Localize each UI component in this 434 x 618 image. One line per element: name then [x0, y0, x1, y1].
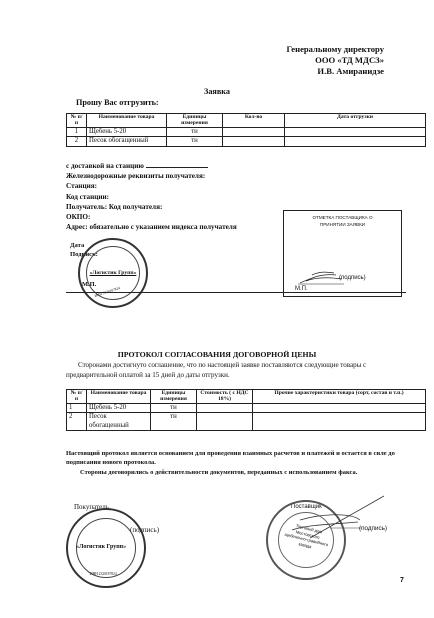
cell-number: 2 [67, 137, 87, 147]
col-characteristics: Прочие характеристики товара (сорт, сост… [253, 390, 426, 404]
cell-number: 2 [67, 413, 87, 431]
okpo-label: ОКПО: [66, 212, 237, 222]
protocol-basis-block: Настоящий протокол является основанием д… [66, 449, 426, 477]
addressee-name: И.В. Амиранидзе [286, 66, 384, 77]
col-price: Стоимость ( с НДС 18%) [197, 390, 253, 404]
supplier-signature-scribble-icon [280, 494, 390, 544]
addressee-block: Генеральному директору ООО «ТД МДСЗ» И.В… [286, 44, 384, 77]
cell-product: Щебень 5-20 [87, 403, 151, 413]
supplier-box-signature: (подпись) [339, 275, 366, 281]
station-code-label: Код станции: [66, 192, 237, 202]
cell-characteristics[interactable] [253, 403, 426, 413]
cell-ship-date[interactable] [285, 137, 426, 147]
request-table: № п/п Наименование товара Единицы измере… [66, 113, 426, 147]
request-title: Заявка [0, 87, 434, 96]
delivery-label: с доставкой на станцию [66, 162, 144, 170]
buyer-stamp-icon: «Логистик Групп» ИНН 2320187824 [78, 238, 148, 308]
cell-unit: тн [167, 137, 223, 147]
stamp-company: «Логистик Групп» [82, 270, 144, 276]
col-ship-date: Дата отгрузки [285, 114, 426, 128]
fax-text: Стороны договорились о действительности … [66, 468, 426, 477]
buyer-bottom-stamp-icon: «Логистик Групп» ИНН 2320187824 [66, 508, 146, 588]
col-unit: Единицы измерения [167, 114, 223, 128]
signature-scribble-icon [298, 269, 344, 285]
page-number: 7 [400, 577, 404, 584]
table-row: 2 Песок обогащенный тн [67, 413, 426, 431]
stamp-company: «Логистик Групп» [76, 544, 138, 550]
col-quantity: Кол-во [223, 114, 285, 128]
station-label: Станция: [66, 181, 237, 191]
basis-text: Настоящий протокол является основанием д… [66, 449, 426, 468]
delivery-station-blank[interactable] [146, 161, 208, 168]
request-prompt: Прошу Вас отгрузить: [76, 98, 159, 107]
table-row: 2 Песок обогащенный тн [67, 137, 426, 147]
col-number: № п/п [67, 114, 87, 128]
cell-number: 1 [67, 403, 87, 413]
cell-unit: тн [151, 403, 197, 413]
table-header-row: № п/п Наименование товара Единицы измере… [67, 114, 426, 128]
protocol-table: № п/п Наименование товара Единицы измере… [66, 389, 426, 431]
cell-ship-date[interactable] [285, 127, 426, 137]
table-row: 1 Щебень 5-20 тн [67, 127, 426, 137]
addressee-title: Генеральному директору [286, 44, 384, 55]
cell-unit: тн [167, 127, 223, 137]
cell-quantity[interactable] [223, 127, 285, 137]
table-header-row: № п/п Наименование товара Единицы измере… [67, 390, 426, 404]
cell-number: 1 [67, 127, 87, 137]
addressee-company: ООО «ТД МДСЗ» [286, 55, 384, 66]
col-unit: Единицы измерения [151, 390, 197, 404]
rail-header: Железнодорожные реквизиты получателя: [66, 171, 237, 181]
table-row: 1 Щебень 5-20 тн [67, 403, 426, 413]
supplier-signature: (подпись) [359, 525, 387, 532]
protocol-title: ПРОТОКОЛ СОГЛАСОВАНИЯ ДОГОВОРНОЙ ЦЕНЫ [0, 350, 434, 359]
col-product: Наименование товара [87, 114, 167, 128]
delivery-line: с доставкой на станцию [66, 161, 237, 171]
cell-characteristics[interactable] [253, 413, 426, 431]
cell-product: Щебень 5-20 [87, 127, 167, 137]
col-product: Наименование товара [87, 390, 151, 404]
requisites-block: с доставкой на станцию Железнодорожные р… [66, 161, 237, 232]
label-line-2: ПРИНЯТИИ ЗАЯВКИ [284, 222, 401, 229]
cell-unit: тн [151, 413, 197, 431]
stamp-inn: ИНН 2320187824 [90, 572, 117, 576]
address-label: Адрес: обязательно с указанием индекса п… [66, 222, 237, 232]
cell-product: Песок обогащенный [87, 413, 151, 431]
cell-product: Песок обогащенный [87, 137, 167, 147]
supplier-acceptance-box: ОТМЕТКА ПОСТАВЩИКА О ПРИНЯТИИ ЗАЯВКИ (по… [283, 210, 402, 297]
cell-quantity[interactable] [223, 137, 285, 147]
col-number: № п/п [67, 390, 87, 404]
signature-separator-line [66, 292, 406, 293]
cell-price[interactable] [197, 403, 253, 413]
supplier-acceptance-label: ОТМЕТКА ПОСТАВЩИКА О ПРИНЯТИИ ЗАЯВКИ [284, 215, 401, 228]
protocol-text: Сторонами достигнуто соглашение, что по … [66, 360, 416, 380]
recipient-label: Получатель: Код получателя: [66, 202, 237, 212]
cell-price[interactable] [197, 413, 253, 431]
